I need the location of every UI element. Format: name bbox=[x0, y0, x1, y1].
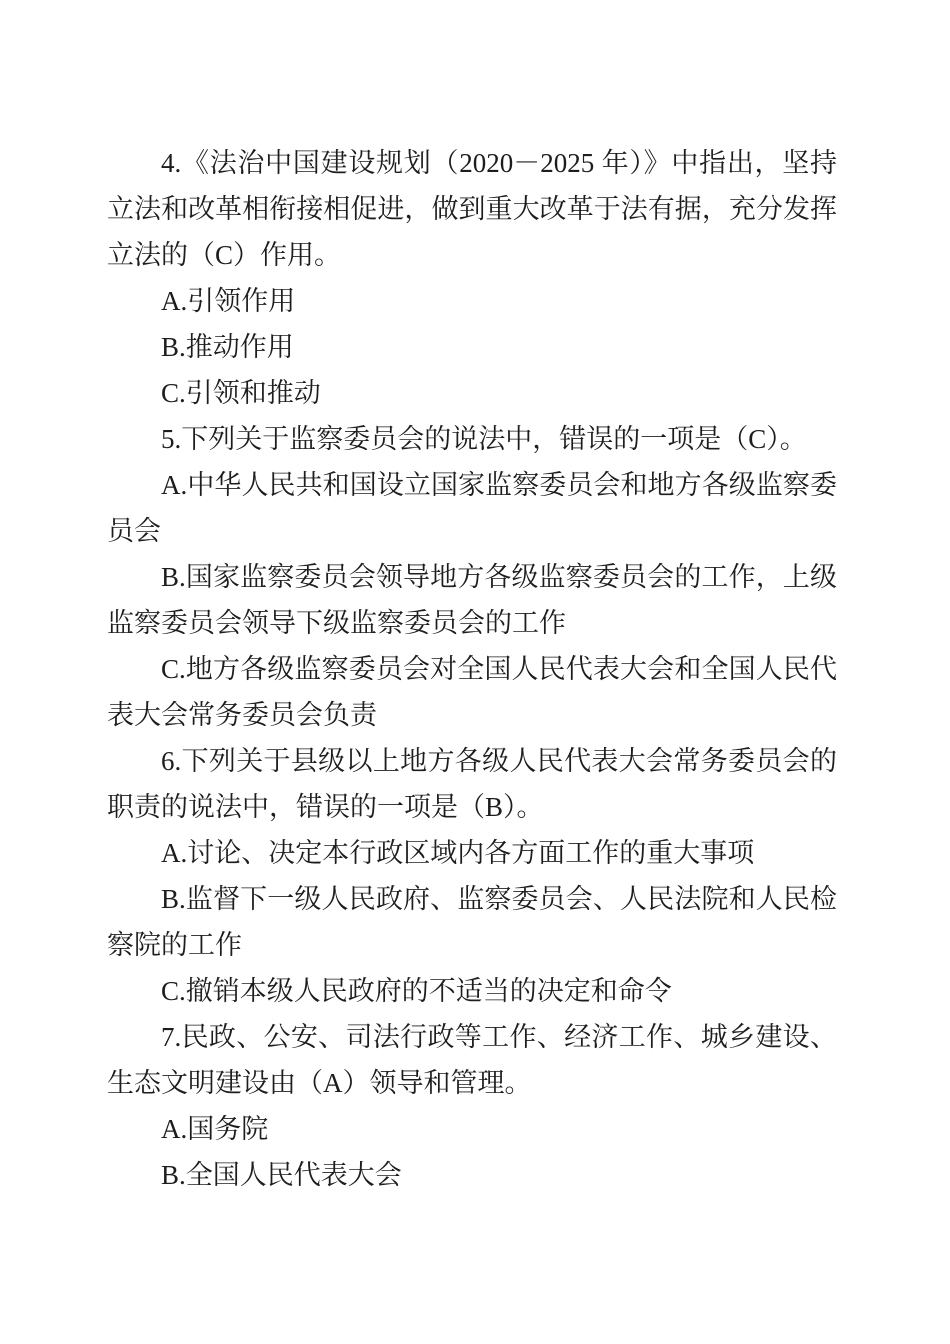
question-6-option-b: B.监督下一级人民政府、监察委员会、人民法院和人民检察院的工作 bbox=[107, 876, 837, 968]
question-7: 7.民政、公安、司法行政等工作、经济工作、城乡建设、生态文明建设由（A）领导和管… bbox=[107, 1014, 837, 1198]
question-4-option-c: C.引领和推动 bbox=[107, 370, 837, 416]
question-4-option-b: B.推动作用 bbox=[107, 324, 837, 370]
question-6: 6.下列关于县级以上地方各级人民代表大会常务委员会的职责的说法中，错误的一项是（… bbox=[107, 738, 837, 1014]
question-6-stem: 6.下列关于县级以上地方各级人民代表大会常务委员会的职责的说法中，错误的一项是（… bbox=[107, 738, 837, 830]
question-5-option-c: C.地方各级监察委员会对全国人民代表大会和全国人民代表大会常务委员会负责 bbox=[107, 646, 837, 738]
question-4: 4.《法治中国建设规划（2020－2025 年）》中指出，坚持立法和改革相衔接相… bbox=[107, 140, 837, 416]
question-5-option-b: B.国家监察委员会领导地方各级监察委员会的工作，上级监察委员会领导下级监察委员会… bbox=[107, 554, 837, 646]
question-7-option-b: B.全国人民代表大会 bbox=[107, 1152, 837, 1198]
question-4-option-a: A.引领作用 bbox=[107, 278, 837, 324]
question-5-option-a: A.中华人民共和国设立国家监察委员会和地方各级监察委员会 bbox=[107, 462, 837, 554]
question-4-stem: 4.《法治中国建设规划（2020－2025 年）》中指出，坚持立法和改革相衔接相… bbox=[107, 140, 837, 278]
question-5: 5.下列关于监察委员会的说法中，错误的一项是（C）。 A.中华人民共和国设立国家… bbox=[107, 416, 837, 738]
question-5-stem: 5.下列关于监察委员会的说法中，错误的一项是（C）。 bbox=[107, 416, 837, 462]
question-7-stem: 7.民政、公安、司法行政等工作、经济工作、城乡建设、生态文明建设由（A）领导和管… bbox=[107, 1014, 837, 1106]
question-6-option-a: A.讨论、决定本行政区域内各方面工作的重大事项 bbox=[107, 830, 837, 876]
question-6-option-c: C.撤销本级人民政府的不适当的决定和命令 bbox=[107, 968, 837, 1014]
question-7-option-a: A.国务院 bbox=[107, 1106, 837, 1152]
document-page: 4.《法治中国建设规划（2020－2025 年）》中指出，坚持立法和改革相衔接相… bbox=[0, 0, 950, 1344]
